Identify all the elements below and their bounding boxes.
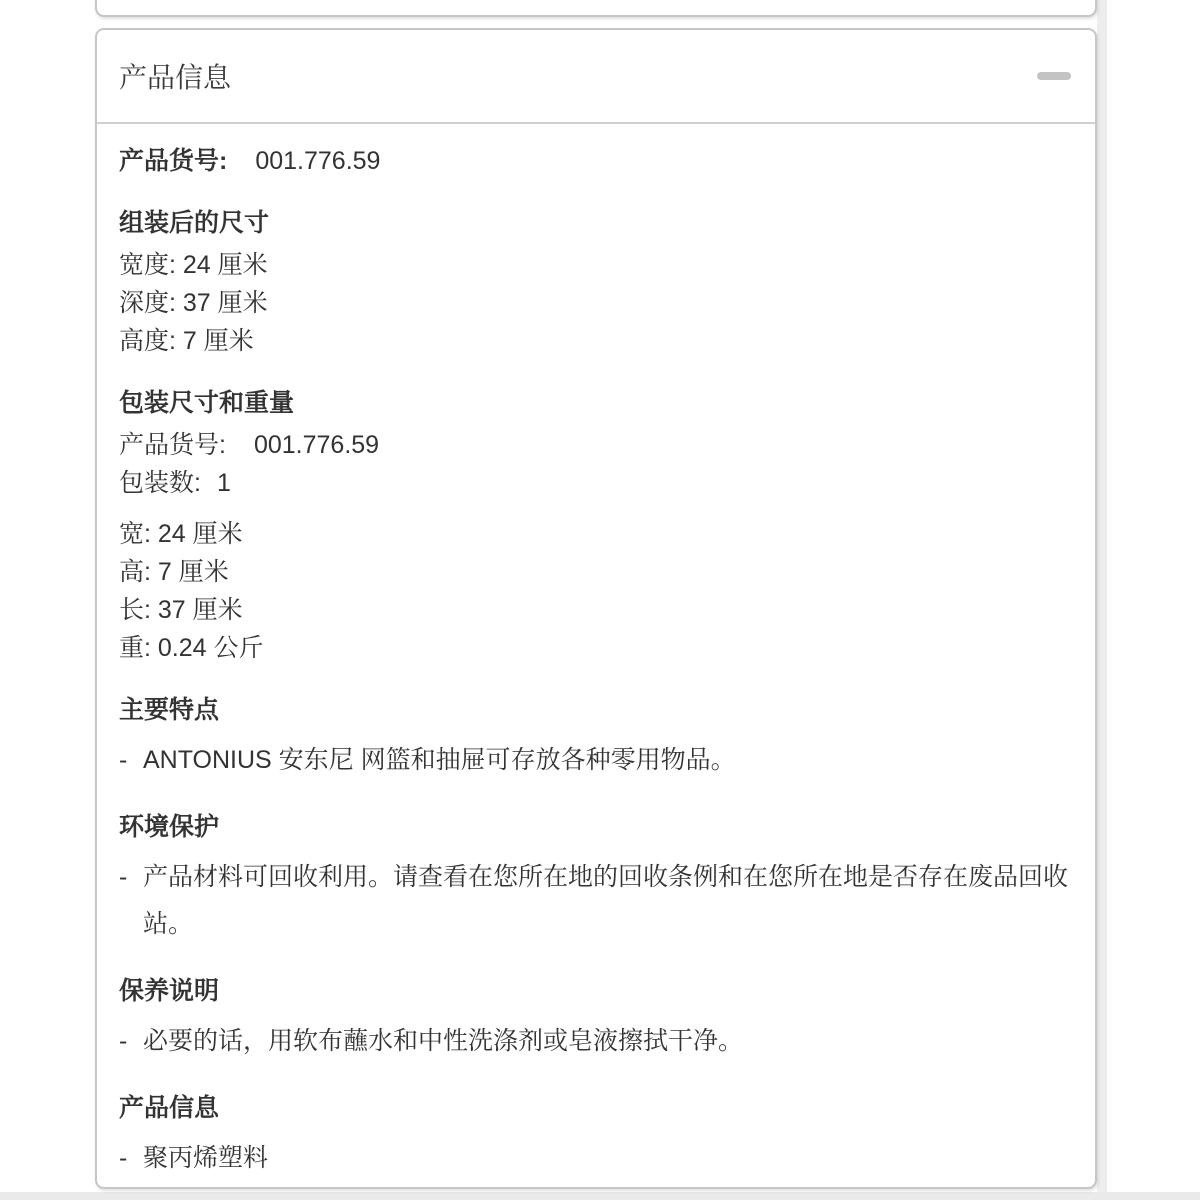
material-text: 聚丙烯塑料	[143, 1135, 1073, 1182]
assembled-size-list: 宽度: 24 厘米 深度: 37 厘米 高度: 7 厘米	[119, 246, 1073, 360]
environment-bullet: - 产品材料可回收利用。请查看在您所在地的回收条例和在您所在地是否存在废品回收站…	[119, 854, 1073, 948]
package-article-value: 001.776.59	[254, 431, 379, 459]
care-heading: 保养说明	[119, 972, 1073, 1010]
pkg-row-weight: 重: 0.24 公斤	[119, 629, 1073, 667]
previous-panel-partial	[95, 0, 1097, 17]
package-dim-list: 宽: 24 厘米 高: 7 厘米 长: 37 厘米 重: 0.24 公斤	[119, 515, 1073, 667]
collapse-button[interactable]	[1037, 62, 1071, 90]
article-number-value: 001.776.59	[255, 147, 380, 175]
bullet-dash: -	[119, 737, 143, 784]
article-number-label: 产品货号:	[119, 147, 227, 175]
environment-heading: 环境保护	[119, 808, 1073, 846]
environment-text: 产品材料可回收利用。请查看在您所在地的回收条例和在您所在地是否存在废品回收站。	[143, 854, 1073, 948]
features-heading: 主要特点	[119, 691, 1073, 729]
dim-row-width: 宽度: 24 厘米	[119, 246, 1073, 284]
minus-icon	[1037, 72, 1071, 80]
package-count-value: 1	[217, 469, 231, 497]
right-edge-strip	[1097, 0, 1107, 1200]
product-info-panel: 产品信息 产品货号:001.776.59 组装后的尺寸 宽度: 24 厘米 深度…	[95, 28, 1097, 1189]
pkg-row-height: 高: 7 厘米	[119, 553, 1073, 591]
care-text: 必要的话，用软布蘸水和中性洗涤剂或皂液擦拭干净。	[143, 1018, 1073, 1065]
features-text: ANTONIUS 安东尼 网篮和抽屉可存放各种零用物品。	[143, 737, 1073, 784]
material-bullet: - 聚丙烯塑料	[119, 1135, 1073, 1182]
pkg-row-width: 宽: 24 厘米	[119, 515, 1073, 553]
package-article-label: 产品货号:	[119, 431, 226, 459]
dim-row-depth: 深度: 37 厘米	[119, 284, 1073, 322]
panel-body: 产品货号:001.776.59 组装后的尺寸 宽度: 24 厘米 深度: 37 …	[97, 124, 1095, 1182]
bullet-dash: -	[119, 854, 143, 948]
package-count-label: 包装数:	[119, 469, 201, 497]
assembled-size-heading: 组装后的尺寸	[119, 204, 1073, 242]
bullet-dash: -	[119, 1018, 143, 1065]
package-article-row: 产品货号:001.776.59	[119, 426, 1073, 464]
dim-row-height: 高度: 7 厘米	[119, 322, 1073, 360]
bottom-edge-strip	[0, 1192, 1200, 1200]
panel-title: 产品信息	[119, 56, 231, 96]
package-meta-list: 产品货号:001.776.59 包装数:1	[119, 426, 1073, 502]
pkg-row-length: 长: 37 厘米	[119, 591, 1073, 629]
bullet-dash: -	[119, 1135, 143, 1182]
article-number-row: 产品货号:001.776.59	[119, 142, 1073, 180]
package-heading: 包装尺寸和重量	[119, 384, 1073, 422]
features-bullet: - ANTONIUS 安东尼 网篮和抽屉可存放各种零用物品。	[119, 737, 1073, 784]
material-heading: 产品信息	[119, 1089, 1073, 1127]
panel-header: 产品信息	[97, 30, 1095, 124]
care-bullet: - 必要的话，用软布蘸水和中性洗涤剂或皂液擦拭干净。	[119, 1018, 1073, 1065]
package-count-row: 包装数:1	[119, 464, 1073, 502]
